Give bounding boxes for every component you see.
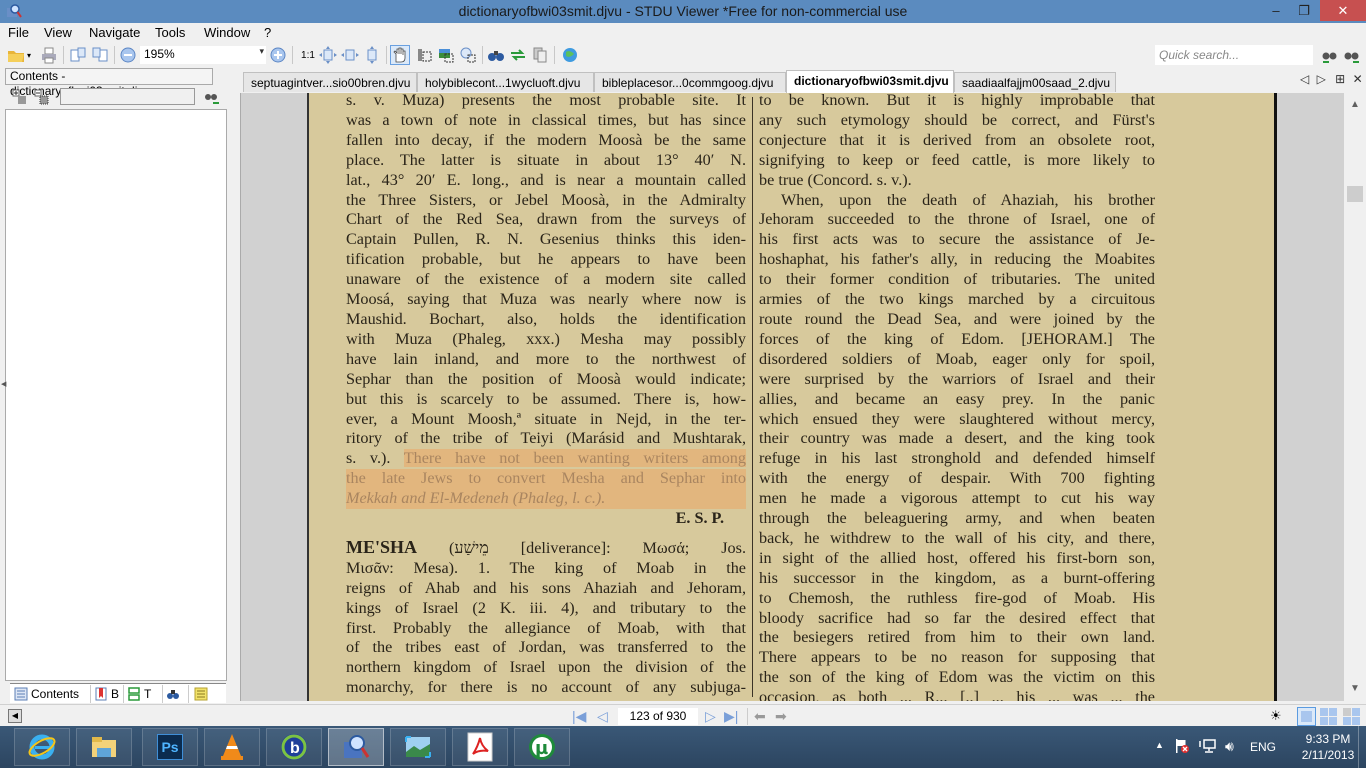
text-line: unaware of the existence of a modern sit… — [346, 270, 746, 290]
text-line: be true (Concord. s. v.). — [759, 171, 1155, 191]
bookmark-icon — [94, 687, 108, 701]
text-line: disordered soldiers of Moab, eager only … — [759, 350, 1155, 370]
rotate-right-icon[interactable] — [90, 45, 110, 65]
taskbar-babylon[interactable]: b — [266, 728, 322, 766]
brightness-icon[interactable]: ☀ — [1270, 708, 1286, 724]
menu-bar: File View Navigate Tools Window ? — [0, 23, 1366, 43]
text-line: Maushid. Bochart, also, holds the identi… — [346, 310, 746, 330]
taskbar-photoshop[interactable]: Ps — [142, 728, 198, 766]
utorrent-icon: µ — [527, 732, 557, 762]
text-line: place. The latter is situate in about 13… — [346, 151, 746, 171]
show-desktop-button[interactable] — [1358, 726, 1366, 768]
scroll-down-icon[interactable]: ▼ — [1344, 683, 1366, 694]
contents-search-input[interactable] — [60, 88, 195, 105]
actual-size-button[interactable]: 1:1 — [298, 45, 318, 65]
text-line: have lain inland, and more to the northw… — [346, 350, 746, 370]
toolbar: ▾ 195%▾ 1:1 Quick search... — [0, 43, 1366, 67]
stdu-viewer-icon — [341, 732, 371, 762]
text-line: of the tribes east of Jordan, was transf… — [346, 638, 746, 658]
continuous-view-icon[interactable] — [1320, 708, 1337, 725]
expand-all-icon[interactable] — [10, 87, 30, 107]
document-viewer[interactable]: s. v. Muza) presents the most probable s… — [240, 93, 1344, 701]
image-select-icon[interactable] — [436, 45, 456, 65]
tab-bookmarks[interactable]: B — [90, 685, 119, 703]
clock-time[interactable]: 9:33 PM — [1293, 732, 1363, 746]
menu-tools[interactable]: Tools — [155, 25, 185, 40]
language-indicator[interactable]: ENG — [1250, 740, 1276, 754]
contents-panel: Contents - dictionaryofbwi03smit.djvu Co… — [0, 67, 234, 707]
collapse-all-icon[interactable] — [32, 87, 52, 107]
fit-page-icon[interactable] — [318, 45, 338, 65]
text-line: occasion, as both ... R... [..] ... his … — [759, 688, 1155, 701]
annotations-icon — [194, 687, 208, 701]
hand-tool-icon[interactable] — [390, 45, 410, 65]
taskbar-photo-viewer[interactable] — [390, 728, 446, 766]
taskbar-adobe-reader[interactable] — [452, 728, 508, 766]
panel-collapse-arrow-icon[interactable]: ◀ — [1, 380, 6, 388]
text-line: ever, a Mount Moosh,ª situate in Nejd, i… — [346, 410, 746, 430]
previous-page-icon[interactable]: ◁ — [597, 708, 608, 725]
highlight-annotation[interactable]: There have not been wanting writers amon… — [404, 449, 746, 467]
scroll-up-icon[interactable]: ▲ — [1344, 99, 1366, 110]
contents-icon — [14, 687, 28, 701]
tab-close-icon[interactable]: ✕ — [1353, 72, 1363, 86]
action-center-flag-icon[interactable] — [1174, 738, 1190, 757]
single-page-view-icon[interactable] — [1297, 707, 1316, 726]
text-line: Chart of the Red Sea, drawn from the sur… — [346, 210, 746, 230]
history-forward-icon[interactable]: ➡ — [775, 708, 787, 725]
chevron-down-icon[interactable]: ▾ — [259, 46, 264, 57]
author-signature: E. S. P. — [346, 509, 746, 529]
text-line: to their former condition of tributaries… — [759, 270, 1155, 290]
text-line: to Chemosh, the ruthless fire-god of Moa… — [759, 589, 1155, 609]
tab-bookmarks-label: B — [111, 687, 119, 701]
column-divider — [752, 97, 753, 697]
text-line: in sight of the allied host, offered his… — [759, 549, 1155, 569]
tab-scroll-right-icon[interactable]: ▷ — [1317, 72, 1326, 86]
last-page-icon[interactable]: ▶| — [724, 708, 738, 725]
tab-bibleplaces[interactable]: bibleplacesor...0commgoog.djvu — [594, 72, 786, 92]
quick-search-input[interactable]: Quick search... — [1155, 45, 1313, 65]
vlc-cone-icon — [218, 732, 246, 762]
text-line: which ensued they were slaughtered witho… — [759, 410, 1155, 430]
taskbar-internet-explorer[interactable] — [14, 728, 70, 766]
clock-date[interactable]: 2/11/2013 — [1288, 748, 1366, 762]
page-number-input[interactable]: 123 of 930 — [618, 708, 698, 725]
first-page-icon[interactable]: |◀ — [572, 708, 586, 725]
svg-text:b: b — [290, 740, 300, 757]
text-column-right: to be known. But it is highly improbable… — [759, 93, 1155, 701]
show-hidden-icons-icon[interactable]: ▲ — [1155, 740, 1164, 750]
taskbar-vlc[interactable] — [204, 728, 260, 766]
text-line: were surprised by the warriors of Israel… — [759, 370, 1155, 390]
entry-heading: ME'SHA — [346, 537, 417, 557]
text-line: Captain Pullen, R. N. Gesenius thinks th… — [346, 230, 746, 250]
tab-dictionary[interactable]: dictionaryofbwi03smit.djvu — [786, 70, 954, 93]
text-line: any such etymology should be correct, an… — [759, 111, 1155, 131]
volume-icon[interactable]: 🔊︎ — [1225, 738, 1234, 755]
search-results-icon — [166, 687, 180, 701]
sync-arrows-icon[interactable] — [508, 45, 528, 65]
text-line: his successor in the kingdom, as a burnt… — [759, 569, 1155, 589]
text-line: lat., 43° 20′ E. long., and is near a mo… — [346, 171, 746, 191]
babylon-icon: b — [279, 732, 309, 762]
contents-tree[interactable] — [5, 109, 227, 681]
tab-controls: ◁ ▷ ⊞ ✕ — [1300, 72, 1363, 86]
text-line: to be known. But it is highly improbable… — [759, 93, 1155, 111]
window-title: dictionaryofbwi03smit.djvu - STDU Viewer… — [0, 3, 1366, 19]
open-folder-icon[interactable] — [6, 45, 26, 65]
contents-search-icon[interactable] — [202, 87, 222, 107]
tab-holybible[interactable]: holybiblecont...1wycluoft.djvu — [417, 72, 594, 92]
history-back-icon[interactable]: ⬅ — [754, 708, 766, 725]
text-line: When, upon the death of Ahaziah, his bro… — [759, 191, 1155, 211]
tab-thumbnails[interactable]: T — [123, 685, 151, 703]
text-line: bloody sacrifice had so far the desired … — [759, 609, 1155, 629]
taskbar-utorrent[interactable]: µ — [514, 728, 570, 766]
text-line: northern kingdom of Israel upon the divi… — [346, 658, 746, 678]
open-dropdown-icon[interactable]: ▾ — [24, 45, 34, 65]
text-line: route round the Dead Sea, and were joine… — [759, 310, 1155, 330]
taskbar-file-explorer[interactable] — [76, 728, 132, 766]
next-page-icon[interactable]: ▷ — [705, 708, 716, 725]
text-line: refuge in his last stronghold and defend… — [759, 449, 1155, 469]
text-line: men he made a vigorous attempt to cut hi… — [759, 489, 1155, 509]
fit-height-icon[interactable] — [362, 45, 382, 65]
tab-septuagint[interactable]: septuagintver...sio00bren.djvu — [243, 72, 417, 92]
close-button[interactable]: ✕ — [1320, 0, 1366, 21]
tab-list-icon[interactable]: ⊞ — [1335, 72, 1345, 86]
photoshop-icon: Ps — [157, 734, 183, 760]
text-line: s. v. Muza) presents the most probable s… — [346, 93, 746, 111]
text-line: tification probable, but he appears to h… — [346, 250, 746, 270]
tab-scroll-left-icon[interactable]: ◁ — [1300, 72, 1309, 86]
zoom-level-select[interactable]: 195%▾ — [140, 46, 266, 64]
thumbnails-icon — [127, 687, 141, 701]
text-line: Moosá, saying that Muza was nearly where… — [346, 290, 746, 310]
network-icon[interactable] — [1199, 738, 1217, 757]
document-page: s. v. Muza) presents the most probable s… — [307, 93, 1277, 701]
text-line: the son of the king of Edom was the vict… — [759, 668, 1155, 688]
text-line: was a town of note in classical times, b… — [346, 111, 746, 131]
text-line: forces of the king of Edom. [JEHORAM.] T… — [759, 330, 1155, 350]
taskbar-stdu-viewer[interactable] — [328, 728, 384, 766]
status-bar: ◀ |◀ ◁ 123 of 930 ▷ ▶| ⬅ ➡ ☀ — [0, 704, 1366, 726]
toggle-panel-icon[interactable]: ◀ — [8, 709, 22, 723]
rotate-left-icon[interactable] — [68, 45, 88, 65]
highlighted-text-line[interactable]: s. v.). There have not been wanting writ… — [346, 449, 746, 469]
text-line: with Muza (Phaleg, xxx.) Mesha may possi… — [346, 330, 746, 350]
minimize-button[interactable]: – — [1262, 0, 1290, 21]
zoom-out-icon[interactable] — [118, 45, 138, 65]
search-previous-icon[interactable] — [1320, 45, 1340, 65]
text-line: through the beleaguering army, and when … — [759, 509, 1155, 529]
text-line: Jehoram succeeded to the throne of Israe… — [759, 210, 1155, 230]
text-column-left: s. v. Muza) presents the most probable s… — [346, 93, 746, 698]
text-line: reigns of Ahab and his sons Ahaziah and … — [346, 579, 746, 599]
text-line: ritory of the tribe of Teiyi (Marásid an… — [346, 429, 746, 449]
text-line: There appears to be no reason for suppos… — [759, 648, 1155, 668]
zoom-select-icon[interactable] — [458, 45, 478, 65]
text-line: signifying to keep or feed cattle, is mo… — [759, 151, 1155, 171]
tab-thumbnails-label: T — [144, 687, 151, 701]
menu-file[interactable]: File — [8, 25, 29, 40]
svg-text:µ: µ — [535, 738, 548, 759]
highlight-annotation[interactable]: Mekkah and El-Medeneh (Phaleg, l. c.). — [346, 489, 746, 509]
copy-icon[interactable] — [530, 45, 550, 65]
text-line: hoshaphat, his father's ally, in reducin… — [759, 250, 1155, 270]
text-line: the Three Sisters, or Jebel Moosà, in th… — [346, 191, 746, 211]
adobe-reader-icon — [467, 732, 493, 762]
highlight-annotation[interactable]: the late Jews to convert Mesha and Sepha… — [346, 469, 746, 489]
text-fragment: s. v.). — [346, 449, 390, 467]
text-fragment: (מֵישַׁע [deliverance]: Μωσά; Jos. — [449, 539, 746, 557]
text-line: monarchy, for there is no account of any… — [346, 678, 746, 698]
text-line: back, he withdrew to the wall of his cit… — [759, 529, 1155, 549]
tab-contents[interactable]: Contents — [14, 685, 79, 703]
vertical-scrollbar[interactable]: ▲ ▼ — [1344, 93, 1366, 701]
text-line: kings of Israel (2 K. iii. 4), and tribu… — [346, 599, 746, 619]
fit-width-icon[interactable] — [340, 45, 360, 65]
search-next-icon[interactable] — [1342, 45, 1362, 65]
text-line: their country was made a desert, and the… — [759, 429, 1155, 449]
text-line: armies of the two kings marched by a cir… — [759, 290, 1155, 310]
menu-help[interactable]: ? — [264, 25, 271, 40]
text-line: with the energy of despair. With 700 fig… — [759, 469, 1155, 489]
scrollbar-thumb[interactable] — [1347, 186, 1363, 202]
contents-panel-title: Contents - dictionaryofbwi03smit.djvu — [5, 68, 213, 85]
title-bar: dictionaryofbwi03smit.djvu - STDU Viewer… — [0, 0, 1366, 23]
find-icon[interactable] — [486, 45, 506, 65]
text-line: the besiegers retired from him to their … — [759, 628, 1155, 648]
tab-saadia[interactable]: saadiaalfajjm00saad_2.djvu — [954, 72, 1116, 92]
tab-contents-label: Contents — [31, 687, 79, 701]
text-line: his first acts was to secure the assista… — [759, 230, 1155, 250]
photo-viewer-icon — [403, 732, 433, 762]
menu-view[interactable]: View — [44, 25, 72, 40]
menu-navigate[interactable]: Navigate — [89, 25, 140, 40]
text-select-icon[interactable] — [414, 45, 434, 65]
internet-explorer-icon — [27, 732, 57, 762]
tab-search-results[interactable] — [162, 685, 180, 703]
zoom-in-icon[interactable] — [268, 45, 288, 65]
facing-view-icon[interactable] — [1343, 708, 1360, 725]
document-tabs: septuagintver...sio00bren.djvu holybible… — [240, 70, 1366, 92]
web-update-icon[interactable] — [560, 45, 580, 65]
tab-annotations[interactable] — [188, 685, 208, 703]
text-line: fallen into decay, if the modern Moosà b… — [346, 131, 746, 151]
left-panel-tabs: Contents B T — [10, 683, 226, 703]
maximize-button[interactable]: ❐ — [1290, 0, 1318, 21]
text-line: but this is scarcely to be assumed. Ther… — [346, 390, 746, 410]
print-icon[interactable] — [39, 45, 59, 65]
folder-icon — [89, 732, 119, 762]
text-line: Sephar than the position of Moosà would … — [346, 370, 746, 390]
text-line: Μισᾶν: Mesa). 1. The king of Moab in the — [346, 559, 746, 579]
text-line: allies, and became an easy prey. In the … — [759, 390, 1155, 410]
zoom-level-value: 195% — [144, 47, 175, 61]
menu-window[interactable]: Window — [204, 25, 250, 40]
text-line: first. Probably the allegiance of Moab, … — [346, 619, 746, 639]
text-line: conjecture that it is derived from an ob… — [759, 131, 1155, 151]
